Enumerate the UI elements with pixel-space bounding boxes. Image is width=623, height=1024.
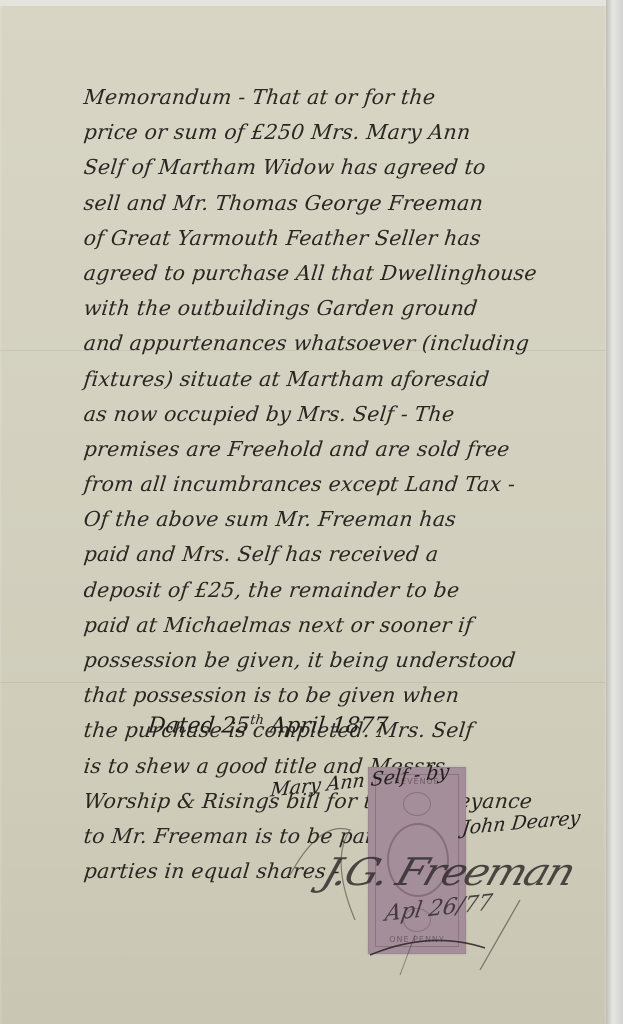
text-line: from all incumbrances except Land Tax - xyxy=(82,467,616,502)
text-line: Of the above sum Mr. Freeman has xyxy=(82,502,616,537)
memorandum-body: Memorandum - That at or for the price or… xyxy=(82,80,612,889)
text-line: sell and Mr. Thomas George Freeman xyxy=(82,186,616,221)
text-line: that possession is to be given when xyxy=(82,678,616,713)
text-line: possession be given, it being understood xyxy=(82,643,616,678)
text-line: with the outbuildings Garden ground xyxy=(82,291,616,326)
text-line: and appurtenances whatsoever (including xyxy=(82,326,616,361)
text-line: Memorandum - That at or for the xyxy=(82,80,616,115)
document-page: Memorandum - That at or for the price or… xyxy=(0,0,606,1024)
text-line: of Great Yarmouth Feather Seller has xyxy=(82,221,616,256)
text-line: paid at Michaelmas next or sooner if xyxy=(82,608,616,643)
stamp-bottom-text: ONE PENNY xyxy=(369,935,465,944)
text-line: as now occupied by Mrs. Self - The xyxy=(82,397,616,432)
stamp-circle-icon xyxy=(403,792,431,816)
text-line: agreed to purchase All that Dwellinghous… xyxy=(82,256,616,291)
date-rest: April 1877 xyxy=(262,713,389,738)
stamp-cancellation-name: J.G. Freeman xyxy=(317,850,580,894)
text-line: paid and Mrs. Self has received a xyxy=(82,537,616,572)
text-line: premises are Freehold and are sold free xyxy=(82,432,616,467)
dated-line: Dated 25th April 1877 xyxy=(147,713,390,738)
date-prefix: Dated 25 xyxy=(147,713,251,738)
text-line: deposit of £25, the remainder to be xyxy=(82,573,616,608)
text-line: fixtures) situate at Martham aforesaid xyxy=(82,362,616,397)
text-line: price or sum of £250 Mrs. Mary Ann xyxy=(82,115,616,150)
text-line: Self of Martham Widow has agreed to xyxy=(82,150,616,185)
